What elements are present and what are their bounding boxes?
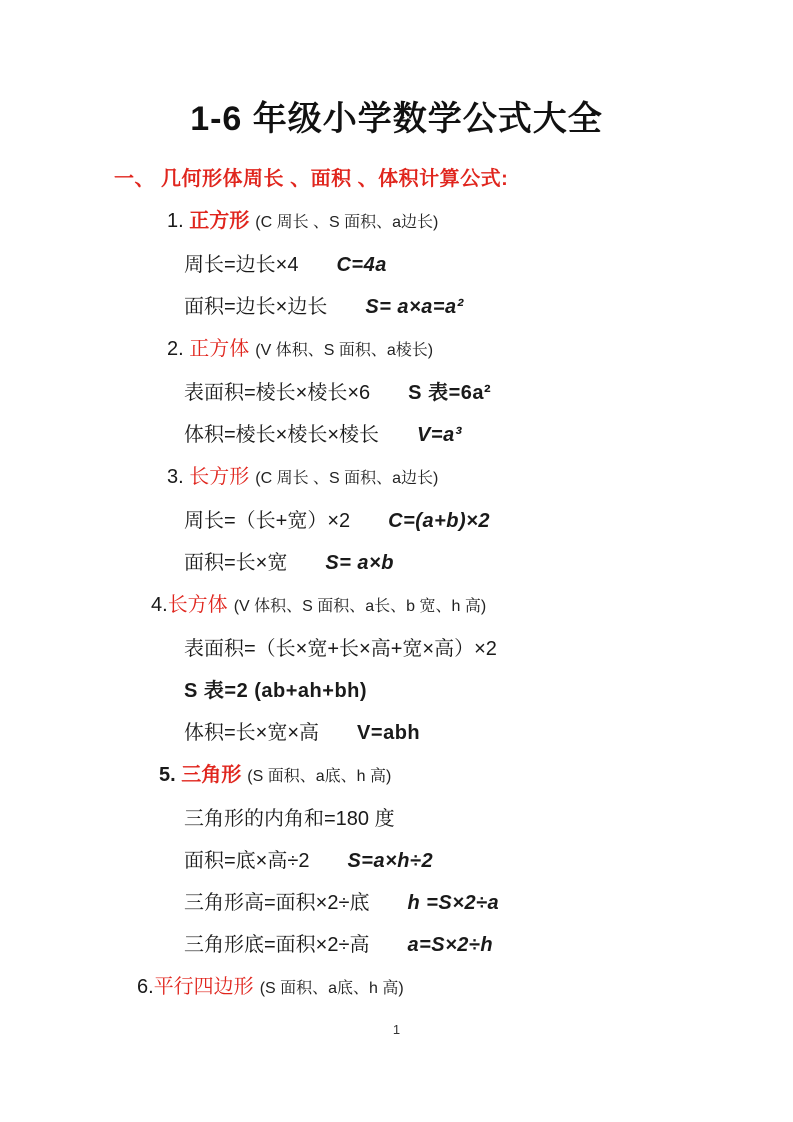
formula-line-symbolic: S= a×a=a² xyxy=(365,296,463,318)
item-header: 4.长方体(V 体积、S 面积、a长、b 宽、h 高) xyxy=(151,593,793,619)
formula-line: 面积=底×高÷2S=a×h÷2 xyxy=(184,849,793,873)
formula-item: 1. 正方形(C 周长 、S 面积、a边长)周长=边长×4C=4a面积=边长×边… xyxy=(114,209,793,319)
item-name: 长方体 xyxy=(168,594,228,616)
item-name: 三角形 xyxy=(181,764,241,786)
page-title: 1-6 年级小学数学公式大全 xyxy=(0,0,793,141)
formula-item: 4.长方体(V 体积、S 面积、a长、b 宽、h 高)表面积=（长×宽+长×高+… xyxy=(114,593,793,745)
formula-line: 体积=长×宽×高V=abh xyxy=(184,721,793,745)
formula-line-symbolic: a=S×2÷h xyxy=(407,934,493,956)
item-number: 1. xyxy=(167,210,189,232)
formula-line-text: 三角形的内角和=180 度 xyxy=(184,808,395,830)
item-params: (V 体积、S 面积、a棱长) xyxy=(255,342,433,359)
formula-line: 三角形底=面积×2÷高a=S×2÷h xyxy=(184,933,793,957)
document-page: 1-6 年级小学数学公式大全 一、 几何形体周长 、面积 、体积计算公式: 1.… xyxy=(0,0,793,1122)
section-heading: 一、 几何形体周长 、面积 、体积计算公式: xyxy=(114,167,793,191)
item-number: 2. xyxy=(167,338,189,360)
formula-line-text: 面积=长×宽 xyxy=(184,552,287,574)
formula-items: 1. 正方形(C 周长 、S 面积、a边长)周长=边长×4C=4a面积=边长×边… xyxy=(114,209,793,1001)
item-number: 6. xyxy=(137,976,154,998)
formula-line-symbolic: S= a×b xyxy=(325,552,394,574)
item-number: 4. xyxy=(151,594,168,616)
item-header: 2. 正方体(V 体积、S 面积、a棱长) xyxy=(167,337,793,363)
item-header: 3. 长方形(C 周长 、S 面积、a边长) xyxy=(167,465,793,491)
page-number: 1 xyxy=(0,1022,793,1037)
formula-line-text: 周长=边长×4 xyxy=(184,254,298,276)
formula-item: 2. 正方体(V 体积、S 面积、a棱长)表面积=棱长×棱长×6S 表=6a²体… xyxy=(114,337,793,447)
formula-line-text: 三角形高=面积×2÷底 xyxy=(184,892,369,914)
formula-line-symbolic: C=4a xyxy=(336,254,386,276)
formula-line: 周长=（长+宽）×2C=(a+b)×2 xyxy=(184,509,793,533)
item-params: (V 体积、S 面积、a长、b 宽、h 高) xyxy=(234,598,486,615)
formula-line: 体积=棱长×棱长×棱长V=a³ xyxy=(184,423,793,447)
formula-line: 面积=边长×边长S= a×a=a² xyxy=(184,295,793,319)
item-header: 1. 正方形(C 周长 、S 面积、a边长) xyxy=(167,209,793,235)
formula-line: S 表=2 (ab+ah+bh) xyxy=(184,679,793,703)
item-params: (S 面积、a底、h 高) xyxy=(247,768,391,785)
formula-line-text: 表面积=（长×宽+长×高+宽×高）×2 xyxy=(184,638,497,660)
formula-line-symbolic: S 表=6a² xyxy=(408,382,491,404)
item-header: 6.平行四边形(S 面积、a底、h 高) xyxy=(137,975,793,1001)
formula-item: 5. 三角形(S 面积、a底、h 高)三角形的内角和=180 度面积=底×高÷2… xyxy=(114,763,793,957)
formula-line-symbolic: V=a³ xyxy=(417,424,462,446)
item-name: 正方形 xyxy=(189,210,249,232)
formula-line-text: 面积=边长×边长 xyxy=(184,296,327,318)
formula-line-text: 面积=底×高÷2 xyxy=(184,850,309,872)
item-name: 长方形 xyxy=(189,466,249,488)
item-number: 5. xyxy=(159,764,181,786)
formula-line-symbolic: S 表=2 (ab+ah+bh) xyxy=(184,680,367,702)
item-params: (C 周长 、S 面积、a边长) xyxy=(255,214,438,231)
formula-line-text: 三角形底=面积×2÷高 xyxy=(184,934,369,956)
formula-item: 3. 长方形(C 周长 、S 面积、a边长)周长=（长+宽）×2C=(a+b)×… xyxy=(114,465,793,575)
formula-line-text: 周长=（长+宽）×2 xyxy=(184,510,350,532)
formula-line-symbolic: h =S×2÷a xyxy=(407,892,499,914)
formula-line-symbolic: S=a×h÷2 xyxy=(347,850,433,872)
formula-line-symbolic: C=(a+b)×2 xyxy=(388,510,490,532)
formula-line-symbolic: V=abh xyxy=(357,722,420,744)
formula-line-text: 表面积=棱长×棱长×6 xyxy=(184,382,370,404)
formula-line: 三角形高=面积×2÷底h =S×2÷a xyxy=(184,891,793,915)
formula-line: 表面积=（长×宽+长×高+宽×高）×2 xyxy=(184,637,793,661)
formula-line: 面积=长×宽S= a×b xyxy=(184,551,793,575)
item-header: 5. 三角形(S 面积、a底、h 高) xyxy=(159,763,793,789)
formula-line-text: 体积=长×宽×高 xyxy=(184,722,319,744)
formula-line: 三角形的内角和=180 度 xyxy=(184,807,793,831)
formula-line-text: 体积=棱长×棱长×棱长 xyxy=(184,424,379,446)
formula-item: 6.平行四边形(S 面积、a底、h 高) xyxy=(114,975,793,1001)
item-params: (C 周长 、S 面积、a边长) xyxy=(255,470,438,487)
item-name: 正方体 xyxy=(189,338,249,360)
formula-line: 周长=边长×4C=4a xyxy=(184,253,793,277)
formula-line: 表面积=棱长×棱长×6S 表=6a² xyxy=(184,381,793,405)
item-params: (S 面积、a底、h 高) xyxy=(260,980,404,997)
item-name: 平行四边形 xyxy=(154,976,254,998)
item-number: 3. xyxy=(167,466,189,488)
